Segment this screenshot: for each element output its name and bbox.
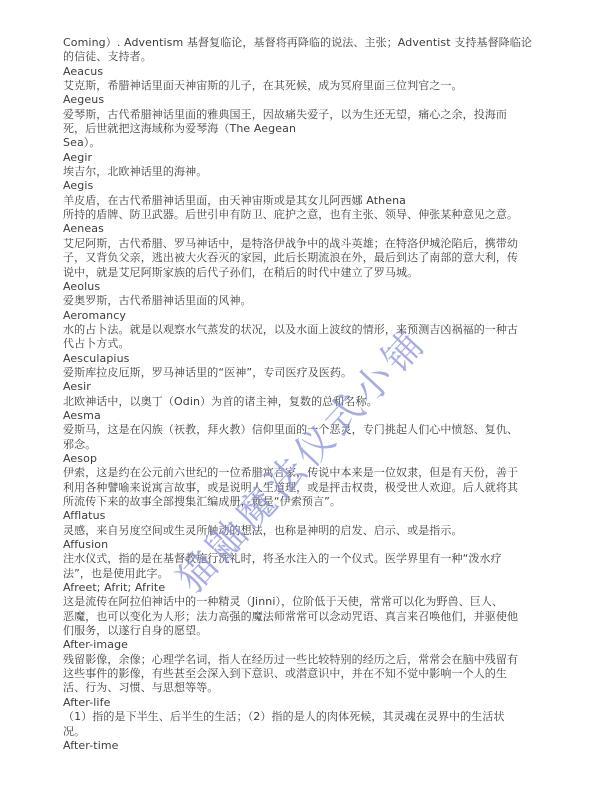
text-line: Coming）. Adventism 基督复临论，基督将再降临的说法、主张；Ad… xyxy=(63,36,531,50)
text-line: 况。 xyxy=(63,725,531,739)
text-line: After-life xyxy=(63,696,531,710)
text-line: Aesma xyxy=(63,409,531,423)
text-line: Aesculapius xyxy=(63,352,531,366)
text-line: 邪念。 xyxy=(63,438,531,452)
text-line: Aegir xyxy=(63,151,531,165)
text-line: 所流传下来的故事全部搜集汇编成册，就是“伊索预言”。 xyxy=(63,495,531,509)
text-line: After-time xyxy=(63,739,531,753)
text-line: 羊皮盾，在古代希腊神话里面，由天神宙斯或是其女儿阿西娜 Athena xyxy=(63,194,531,208)
text-line: 这是流传在阿拉伯神话中的一种精灵（Jinni），位阶低于天使，常常可以化为野兽、… xyxy=(63,595,531,609)
text-line: 北欧神话中，以奥丁（Odin）为首的诸主神，复数的总和名称。 xyxy=(63,395,531,409)
text-line: 所持的盾牌、防卫武器。后世引申有防卫、庇护之意，也有主张、领导、伸张某种意见之意… xyxy=(63,208,531,222)
text-line: Aesir xyxy=(63,380,531,394)
text-line: Aeacus xyxy=(63,65,531,79)
text-line: 爱琴斯，古代希腊神话里面的雅典国王，因故痛失爱子，以为生还无望，痛心之余，投海而 xyxy=(63,108,531,122)
text-line: 伊索，这是约在公元前六世纪的一位希腊寓言家，传说中本来是一位奴隶，但是有天份，善… xyxy=(63,466,531,480)
text-line: 这些事件的影像，有些甚至会深入到下意识、或潜意识中，并在不知不觉中影响一个人的生 xyxy=(63,667,531,681)
text-line: Sea）。 xyxy=(63,136,531,150)
text-line: Aeneas xyxy=(63,222,531,236)
text-line: Aegis xyxy=(63,179,531,193)
text-line: 埃吉尔，北欧神话里的海神。 xyxy=(63,165,531,179)
text-line: After-image xyxy=(63,638,531,652)
text-line: 爱斯马，这是在闪族（祆教，拜火教）信仰里面的一个恶灵，专门挑起人们心中愤怒、复仇… xyxy=(63,423,531,437)
text-line: 法”，也是使用此字。 xyxy=(63,567,531,581)
text-line: 水的占卜法。就是以观察水气蒸发的状况，以及水面上波纹的情形，来预测吉凶祸福的一种… xyxy=(63,323,531,337)
text-line: 利用各种譬喻来说寓言故事，或是说明人生道理，或是抨击权贵，极受世人欢迎。后人就将… xyxy=(63,481,531,495)
text-line: Aegeus xyxy=(63,93,531,107)
text-line: 爱斯库拉皮厄斯，罗马神话里的“医神”，专司医疗及医药。 xyxy=(63,366,531,380)
text-line: 爱奥罗斯，古代希腊神话里面的风神。 xyxy=(63,294,531,308)
text-line: Afreet; Afrit; Afrite xyxy=(63,581,531,595)
text-line: 灵感，来自另度空间或生灵所触动的想法，也称是神明的启发、启示、或是指示。 xyxy=(63,524,531,538)
document-page: Coming）. Adventism 基督复临论，基督将再降临的说法、主张；Ad… xyxy=(0,0,592,796)
text-line: 们服务，以遂行自身的愿望。 xyxy=(63,624,531,638)
text-line: 恶魔，也可以变化为人形；法力高强的魔法师常常可以念动咒语、真言来召唤他们，并驱使… xyxy=(63,610,531,624)
text-line: （1）指的是下半生、后半生的生活；（2）指的是人的肉体死候，其灵魂在灵界中的生活… xyxy=(63,710,531,724)
text-line: Afflatus xyxy=(63,509,531,523)
text-line: 的信徒、支持者。 xyxy=(63,50,531,64)
text-line: 子，又背负父亲，逃出被大火吞灭的家园，此后长期流浪在外，最后到达了南部的意大利，… xyxy=(63,251,531,265)
text-line: 活、行为、习惯、与思想等等。 xyxy=(63,681,531,695)
text-line: 死，后世就把这海域称为爱琴海（The Aegean xyxy=(63,122,531,136)
text-line: 残留影像，余像；心理学名词，指人在经历过一些比较特别的经历之后，常常会在脑中残留… xyxy=(63,653,531,667)
text-line: 艾尼阿斯，古代希腊、罗马神话中，是特洛伊战争中的战斗英雄；在特洛伊城沦陷后，携带… xyxy=(63,237,531,251)
text-line: Aeolus xyxy=(63,280,531,294)
text-line: 代占卜方式。 xyxy=(63,337,531,351)
text-line: Aeromancy xyxy=(63,309,531,323)
text-line: 艾克斯，希腊神话里面天神宙斯的儿子，在其死候，成为冥府里面三位判官之一。 xyxy=(63,79,531,93)
text-line: Aesop xyxy=(63,452,531,466)
document-text-block: Coming）. Adventism 基督复临论，基督将再降临的说法、主张；Ad… xyxy=(63,36,531,753)
text-line: 注水仪式，指的是在基督教施行洗礼时，将圣水注入的一个仪式。医学界里有一种“泼水疗 xyxy=(63,552,531,566)
text-line: Affusion xyxy=(63,538,531,552)
text-line: 说中，就是艾尼阿斯家族的后代子孙们，在稍后的时代中建立了罗马城。 xyxy=(63,266,531,280)
